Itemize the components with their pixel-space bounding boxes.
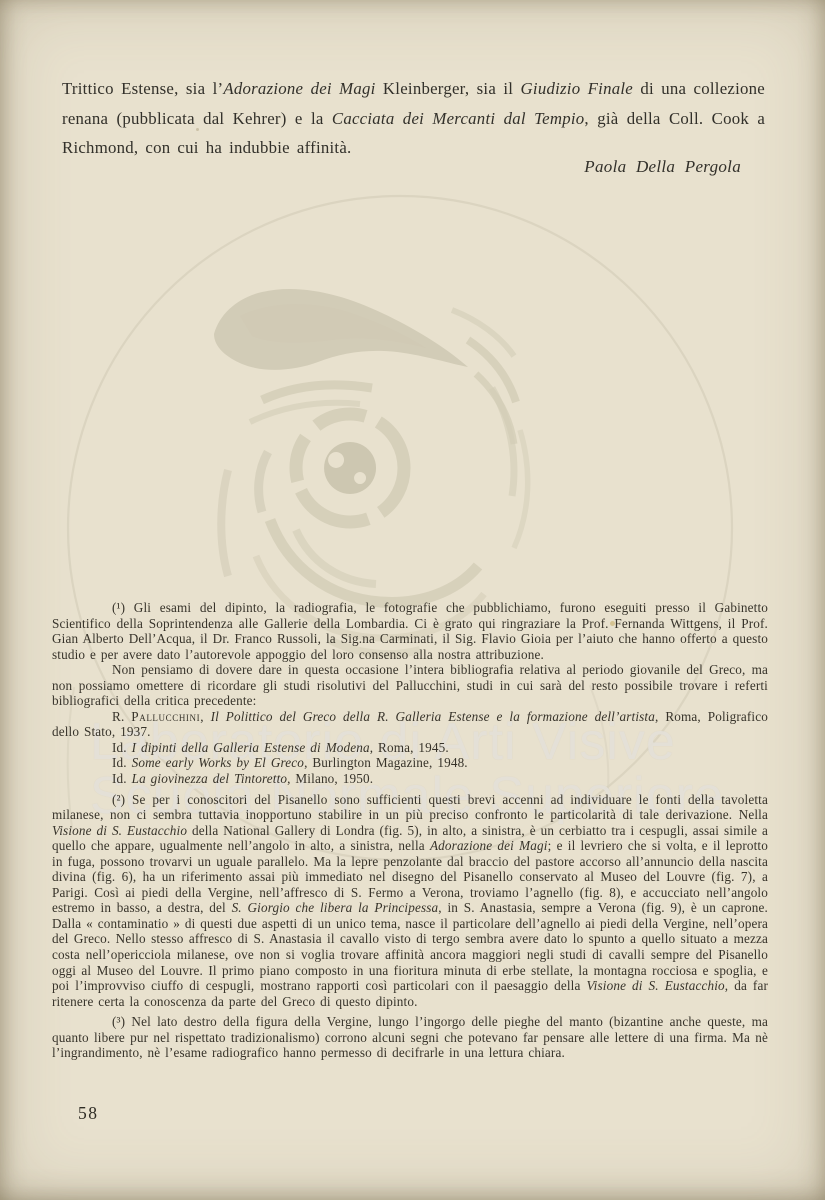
scanned-book-page: Laboratorio di Arti Visive Scuola Normal…: [0, 0, 825, 1200]
footnote-1-continuation: Non pensiamo di dovere dare in questa oc…: [52, 662, 768, 709]
bibliography-entry-1945: Id. I dipinti della Galleria Estense di …: [52, 740, 768, 756]
footnotes-block: (¹) Gli esami del dipinto, la radiografi…: [52, 600, 768, 1061]
bibliography-entry-1948: Id. Some early Works by El Greco, Burlin…: [52, 755, 768, 771]
footnote-1: (¹) Gli esami del dipinto, la radiografi…: [52, 600, 768, 662]
footnote-3: (³) Nel lato destro della figura della V…: [52, 1014, 768, 1061]
bibliography-entry-pallucchini-1937: R. Pallucchini, Il Polittico del Greco d…: [52, 709, 768, 740]
body-paragraph: Trittico Estense, sia l’Adorazione dei M…: [62, 74, 765, 163]
bibliography-entry-1950: Id. La giovinezza del Tintoretto, Milano…: [52, 771, 768, 787]
footnote-2: (²) Se per i conoscitori del Pisanello s…: [52, 792, 768, 1010]
author-signature: Paola Della Pergola: [584, 157, 741, 177]
page-number: 58: [78, 1103, 99, 1124]
